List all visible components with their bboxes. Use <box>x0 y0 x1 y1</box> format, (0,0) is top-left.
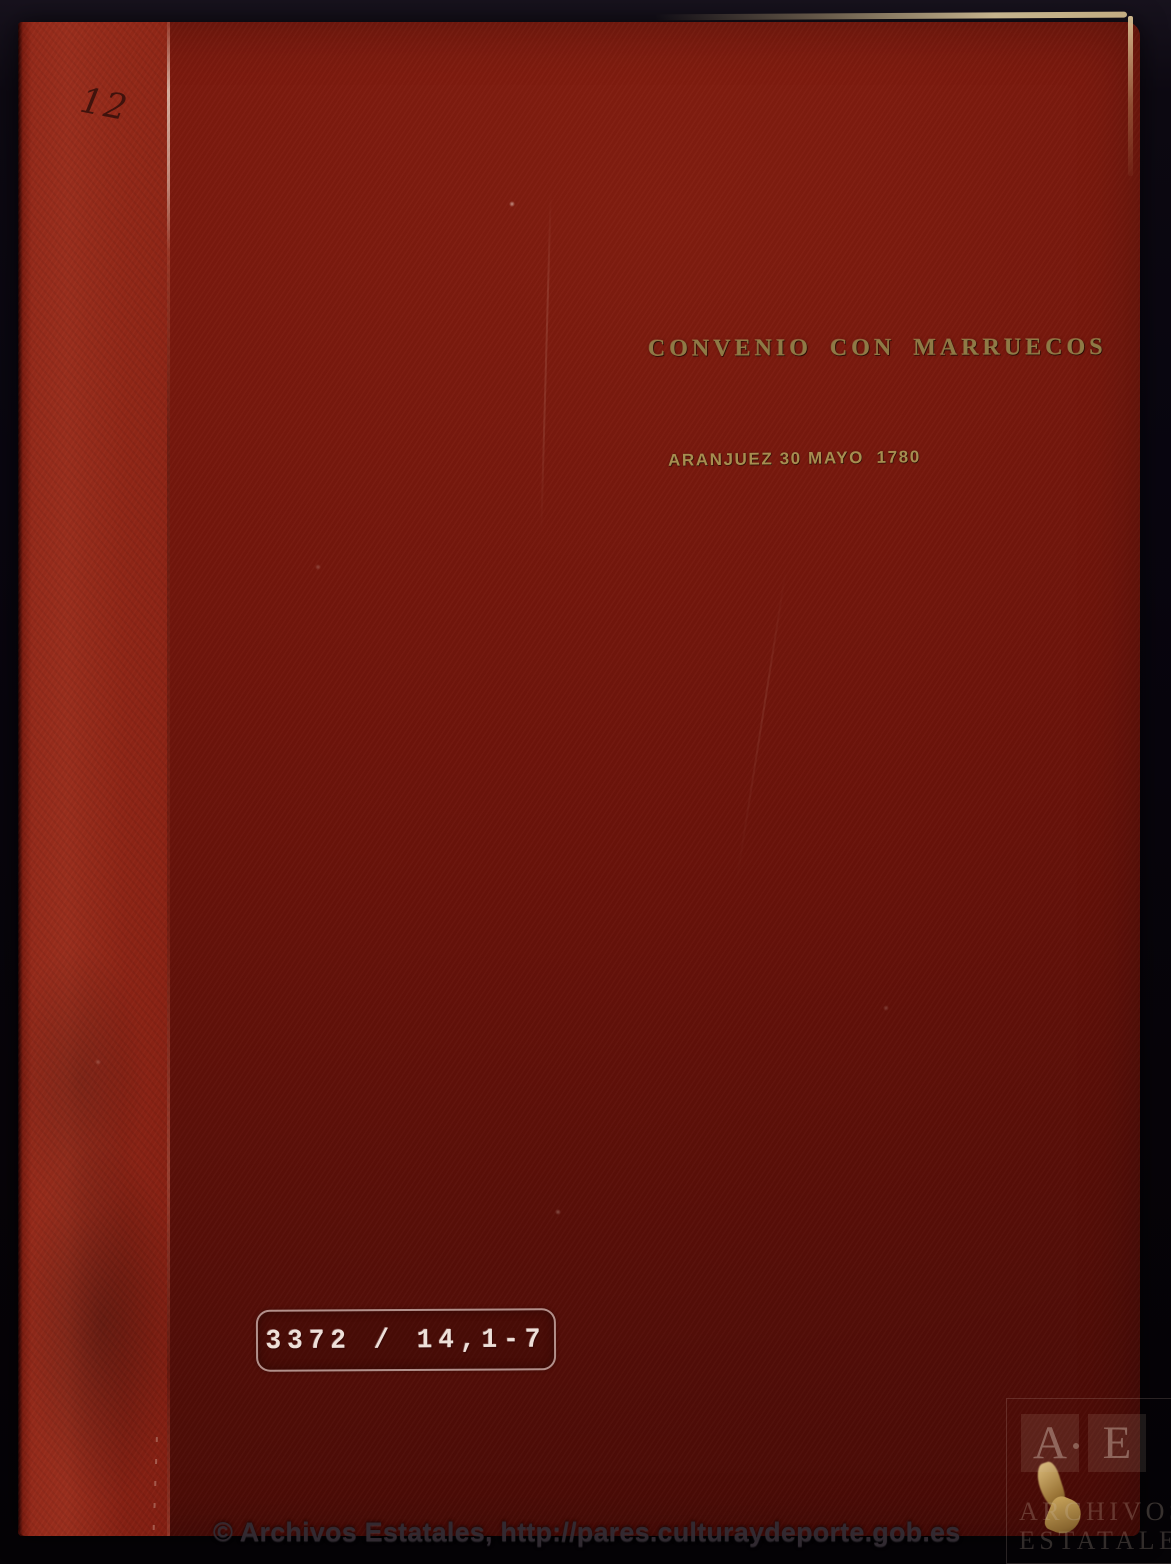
logo-word-estatales: ESTATALES <box>1019 1528 1171 1554</box>
logo-word-archivos: ARCHIVOS <box>1019 1499 1171 1525</box>
worn-paper-edge-right <box>1128 16 1133 176</box>
reference-label-text: 3372 / 14,1-7 <box>265 1323 546 1356</box>
worn-paper-edge-top <box>655 12 1127 21</box>
book-spine-strip <box>18 22 170 1536</box>
scanned-photo-backdrop: 12 CONVENIO CON MARRUECOS ARANJUEZ 30 MA… <box>0 0 1171 1564</box>
gold-stamped-title: CONVENIO CON MARRUECOS <box>648 332 1108 364</box>
dust-specks <box>18 22 1140 1536</box>
logo-initial-squares: A E <box>1021 1414 1146 1472</box>
archivos-estatales-logo-watermark: A E ARCHIVOS ESTATALES <box>1006 1398 1171 1564</box>
cloth-texture <box>18 22 1140 1536</box>
scratch-mark <box>540 192 551 532</box>
book-cover: 12 CONVENIO CON MARRUECOS ARANJUEZ 30 MA… <box>18 22 1140 1536</box>
logo-letter-e: E <box>1088 1414 1146 1472</box>
hinge-groove <box>167 22 170 1536</box>
embossed-reference-label: 3372 / 14,1-7 <box>256 1308 556 1372</box>
scratch-mark <box>735 569 787 885</box>
logo-separator-dot <box>1073 1443 1079 1449</box>
logo-letter-a: A <box>1021 1414 1079 1472</box>
spine-wear-texture <box>18 22 170 1536</box>
gold-stamped-date-line: ARANJUEZ 30 MAYO 1780 <box>668 447 921 471</box>
handwritten-inventory-number: 12 <box>77 84 131 128</box>
archive-credit-watermark: © Archivos Estatales, http://pares.cultu… <box>213 1517 960 1548</box>
